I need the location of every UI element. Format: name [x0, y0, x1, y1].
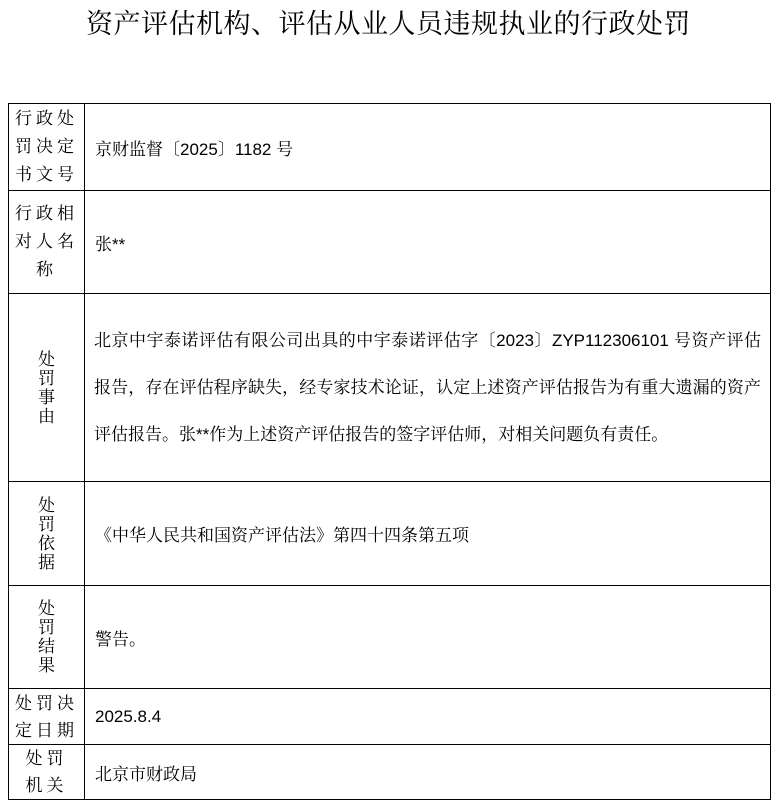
row-label-party-name: 行政相 对人名 称	[9, 191, 85, 294]
row-label-decision-number: 行政处 罚决定 书文号	[9, 104, 85, 191]
label-line: 处罚决	[9, 690, 84, 717]
label-line: 处	[9, 350, 84, 369]
label-line: 处	[9, 496, 84, 515]
label-line: 事	[9, 388, 84, 407]
table-row-party-name: 行政相 对人名 称 张**	[9, 191, 771, 294]
row-value-penalty-reason: 北京中宇泰诺评估有限公司出具的中宇泰诺评估字〔2023〕ZYP112306101…	[85, 294, 771, 482]
label-line: 处罚	[9, 745, 84, 772]
label-line: 果	[9, 656, 84, 675]
label-line: 罚决定	[9, 133, 84, 161]
table-row-decision-date: 处罚决 定日期 2025.8.4	[9, 689, 771, 745]
row-value-penalty-authority: 北京市财政局	[85, 745, 771, 800]
label-line: 行政处	[9, 105, 84, 133]
penalty-table: 行政处 罚决定 书文号 京财监督〔2025〕1182 号 行政相 对人名 称 张…	[8, 103, 771, 800]
label-line: 定日期	[9, 717, 84, 744]
label-line: 罚	[9, 369, 84, 388]
row-label-penalty-basis: 处 罚 依 据	[9, 482, 85, 586]
row-label-penalty-result: 处 罚 结 果	[9, 586, 85, 689]
label-line: 书文号	[9, 161, 84, 189]
row-label-penalty-authority: 处罚 机关	[9, 745, 85, 800]
label-line: 处	[9, 599, 84, 618]
page-title: 资产评估机构、评估从业人员违规执业的行政处罚	[0, 2, 777, 41]
label-line: 机关	[9, 772, 84, 799]
label-line: 依	[9, 534, 84, 553]
label-line: 罚	[9, 618, 84, 637]
label-line: 对人名	[9, 228, 84, 256]
row-label-penalty-reason: 处 罚 事 由	[9, 294, 85, 482]
table-row-penalty-basis: 处 罚 依 据 《中华人民共和国资产评估法》第四十四条第五项	[9, 482, 771, 586]
label-line: 称	[9, 256, 84, 284]
table-row-penalty-result: 处 罚 结 果 警告。	[9, 586, 771, 689]
label-line: 据	[9, 553, 84, 572]
table-row-penalty-reason: 处 罚 事 由 北京中宇泰诺评估有限公司出具的中宇泰诺评估字〔2023〕ZYP1…	[9, 294, 771, 482]
label-line: 结	[9, 637, 84, 656]
table-row-penalty-authority: 处罚 机关 北京市财政局	[9, 745, 771, 800]
row-value-party-name: 张**	[85, 191, 771, 294]
row-value-decision-number: 京财监督〔2025〕1182 号	[85, 104, 771, 191]
row-value-penalty-result: 警告。	[85, 586, 771, 689]
label-line: 行政相	[9, 200, 84, 228]
row-value-decision-date: 2025.8.4	[85, 689, 771, 745]
label-line: 罚	[9, 515, 84, 534]
table-row-decision-number: 行政处 罚决定 书文号 京财监督〔2025〕1182 号	[9, 104, 771, 191]
row-value-penalty-basis: 《中华人民共和国资产评估法》第四十四条第五项	[85, 482, 771, 586]
row-label-decision-date: 处罚决 定日期	[9, 689, 85, 745]
label-line: 由	[9, 407, 84, 426]
